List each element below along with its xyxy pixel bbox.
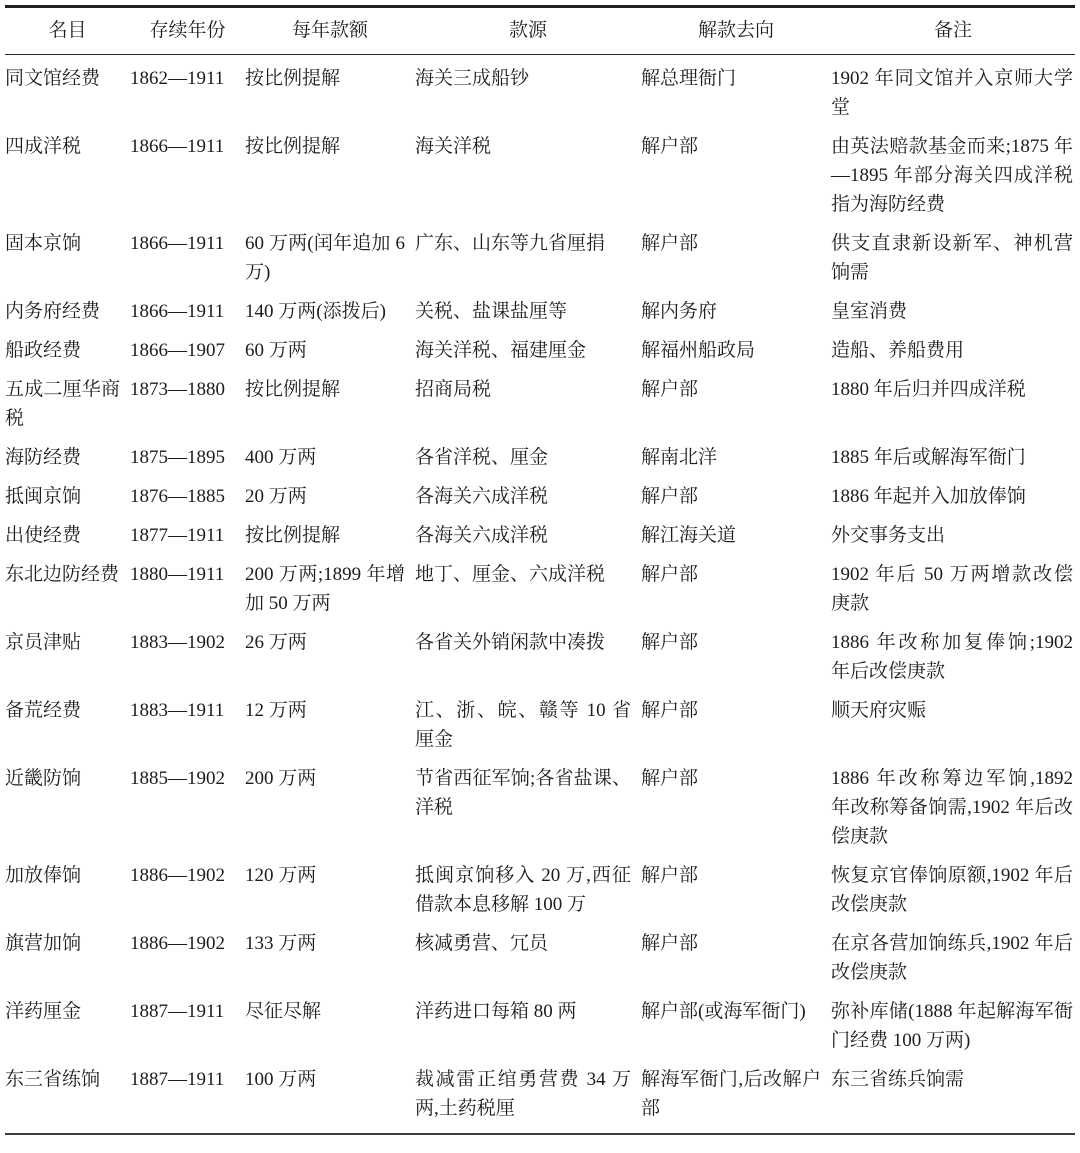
- cell-years: 1883—1911: [130, 696, 245, 764]
- cell-note: 1880 年后归并四成洋税: [831, 375, 1075, 443]
- cell-amount: 12 万两: [245, 696, 415, 764]
- cell-amount: 200 万两: [245, 764, 415, 861]
- cell-destination: 解户部: [641, 861, 831, 929]
- cell-name: 京员津贴: [5, 628, 130, 696]
- table-row: 四成洋税 1866—1911 按比例提解 海关洋税 解户部 由英法赔款基金而来;…: [5, 132, 1075, 229]
- cell-note: 供支直隶新设新军、神机营饷需: [831, 229, 1075, 297]
- table-row: 近畿防饷 1885—1902 200 万两 节省西征军饷;各省盐课、洋税 解户部…: [5, 764, 1075, 861]
- cell-amount: 按比例提解: [245, 375, 415, 443]
- column-header-source: 款源: [415, 7, 641, 55]
- document-page: 名目 存续年份 每年款额 款源 解款去向 备注 同文馆经费 1862—1911 …: [0, 0, 1080, 1153]
- cell-note: 1886 年改称加复俸饷;1902 年后改偿庚款: [831, 628, 1075, 696]
- cell-years: 1866—1911: [130, 229, 245, 297]
- cell-years: 1875—1895: [130, 443, 245, 482]
- table-row: 抵闽京饷 1876—1885 20 万两 各海关六成洋税 解户部 1886 年起…: [5, 482, 1075, 521]
- cell-destination: 解户部: [641, 929, 831, 997]
- cell-name: 内务府经费: [5, 297, 130, 336]
- cell-amount: 400 万两: [245, 443, 415, 482]
- cell-years: 1876—1885: [130, 482, 245, 521]
- cell-note: 在京各营加饷练兵,1902 年后改偿庚款: [831, 929, 1075, 997]
- cell-years: 1880—1911: [130, 560, 245, 628]
- cell-years: 1866—1911: [130, 297, 245, 336]
- cell-note: 1886 年起并入加放俸饷: [831, 482, 1075, 521]
- cell-years: 1873—1880: [130, 375, 245, 443]
- cell-name: 出使经费: [5, 521, 130, 560]
- cell-name: 东北边防经费: [5, 560, 130, 628]
- cell-name: 加放俸饷: [5, 861, 130, 929]
- table-row: 加放俸饷 1886—1902 120 万两 抵闽京饷移入 20 万,西征借款本息…: [5, 861, 1075, 929]
- cell-note: 顺天府灾赈: [831, 696, 1075, 764]
- table-row: 洋药厘金 1887—1911 尽征尽解 洋药进口每箱 80 两 解户部(或海军衙…: [5, 997, 1075, 1065]
- cell-destination: 解户部: [641, 375, 831, 443]
- cell-destination: 解户部: [641, 229, 831, 297]
- cell-name: 东三省练饷: [5, 1065, 130, 1134]
- cell-years: 1862—1911: [130, 55, 245, 133]
- cell-name: 旗营加饷: [5, 929, 130, 997]
- cell-source: 广东、山东等九省厘捐: [415, 229, 641, 297]
- table-row: 旗营加饷 1886—1902 133 万两 核减勇营、冗员 解户部 在京各营加饷…: [5, 929, 1075, 997]
- table-row: 固本京饷 1866—1911 60 万两(闰年追加 6 万) 广东、山东等九省厘…: [5, 229, 1075, 297]
- cell-destination: 解南北洋: [641, 443, 831, 482]
- table-row: 东三省练饷 1887—1911 100 万两 裁减雷正绾勇营费 34 万两,土药…: [5, 1065, 1075, 1134]
- cell-note: 1902 年后 50 万两增款改偿庚款: [831, 560, 1075, 628]
- cell-amount: 按比例提解: [245, 132, 415, 229]
- cell-destination: 解内务府: [641, 297, 831, 336]
- cell-years: 1886—1902: [130, 861, 245, 929]
- cell-amount: 按比例提解: [245, 521, 415, 560]
- cell-note: 1886 年改称筹边军饷,1892 年改称筹备饷需,1902 年后改偿庚款: [831, 764, 1075, 861]
- cell-years: 1886—1902: [130, 929, 245, 997]
- column-header-note: 备注: [831, 7, 1075, 55]
- cell-amount: 60 万两(闰年追加 6 万): [245, 229, 415, 297]
- cell-source: 招商局税: [415, 375, 641, 443]
- cell-source: 各海关六成洋税: [415, 482, 641, 521]
- cell-destination: 解福州船政局: [641, 336, 831, 375]
- cell-years: 1885—1902: [130, 764, 245, 861]
- cell-amount: 60 万两: [245, 336, 415, 375]
- cell-name: 备荒经费: [5, 696, 130, 764]
- table-row: 船政经费 1866—1907 60 万两 海关洋税、福建厘金 解福州船政局 造船…: [5, 336, 1075, 375]
- cell-source: 海关洋税、福建厘金: [415, 336, 641, 375]
- cell-amount: 120 万两: [245, 861, 415, 929]
- table-row: 海防经费 1875—1895 400 万两 各省洋税、厘金 解南北洋 1885 …: [5, 443, 1075, 482]
- cell-name: 五成二厘华商税: [5, 375, 130, 443]
- cell-years: 1883—1902: [130, 628, 245, 696]
- table-row: 备荒经费 1883—1911 12 万两 江、浙、皖、赣等 10 省厘金 解户部…: [5, 696, 1075, 764]
- cell-amount: 按比例提解: [245, 55, 415, 133]
- cell-source: 各省洋税、厘金: [415, 443, 641, 482]
- cell-source: 地丁、厘金、六成洋税: [415, 560, 641, 628]
- cell-amount: 133 万两: [245, 929, 415, 997]
- table-header-row: 名目 存续年份 每年款额 款源 解款去向 备注: [5, 7, 1075, 55]
- cell-destination: 解户部: [641, 764, 831, 861]
- column-header-destination: 解款去向: [641, 7, 831, 55]
- column-header-years: 存续年份: [130, 7, 245, 55]
- cell-note: 外交事务支出: [831, 521, 1075, 560]
- cell-amount: 20 万两: [245, 482, 415, 521]
- cell-note: 东三省练兵饷需: [831, 1065, 1075, 1134]
- cell-note: 1902 年同文馆并入京师大学堂: [831, 55, 1075, 133]
- cell-years: 1877—1911: [130, 521, 245, 560]
- column-header-amount: 每年款额: [245, 7, 415, 55]
- cell-destination: 解户部: [641, 560, 831, 628]
- cell-name: 船政经费: [5, 336, 130, 375]
- cell-source: 海关洋税: [415, 132, 641, 229]
- cell-note: 1885 年后或解海军衙门: [831, 443, 1075, 482]
- cell-years: 1866—1907: [130, 336, 245, 375]
- cell-amount: 200 万两;1899 年增加 50 万两: [245, 560, 415, 628]
- cell-name: 同文馆经费: [5, 55, 130, 133]
- cell-source: 关税、盐课盐厘等: [415, 297, 641, 336]
- table-row: 同文馆经费 1862—1911 按比例提解 海关三成船钞 解总理衙门 1902 …: [5, 55, 1075, 133]
- cell-name: 抵闽京饷: [5, 482, 130, 521]
- cell-note: 造船、养船费用: [831, 336, 1075, 375]
- cell-note: 弥补库储(1888 年起解海军衙门经费 100 万两): [831, 997, 1075, 1065]
- cell-source: 裁减雷正绾勇营费 34 万两,土药税厘: [415, 1065, 641, 1134]
- cell-name: 四成洋税: [5, 132, 130, 229]
- cell-destination: 解江海关道: [641, 521, 831, 560]
- table-row: 内务府经费 1866—1911 140 万两(添拨后) 关税、盐课盐厘等 解内务…: [5, 297, 1075, 336]
- cell-source: 节省西征军饷;各省盐课、洋税: [415, 764, 641, 861]
- cell-note: 恢复京官俸饷原额,1902 年后改偿庚款: [831, 861, 1075, 929]
- table-row: 出使经费 1877—1911 按比例提解 各海关六成洋税 解江海关道 外交事务支…: [5, 521, 1075, 560]
- table-row: 京员津贴 1883—1902 26 万两 各省关外销闲款中凑拨 解户部 1886…: [5, 628, 1075, 696]
- cell-source: 各海关六成洋税: [415, 521, 641, 560]
- cell-destination: 解海军衙门,后改解户部: [641, 1065, 831, 1134]
- table-row: 五成二厘华商税 1873—1880 按比例提解 招商局税 解户部 1880 年后…: [5, 375, 1075, 443]
- cell-amount: 140 万两(添拨后): [245, 297, 415, 336]
- cell-amount: 100 万两: [245, 1065, 415, 1134]
- table-row: 东北边防经费 1880—1911 200 万两;1899 年增加 50 万两 地…: [5, 560, 1075, 628]
- cell-source: 抵闽京饷移入 20 万,西征借款本息移解 100 万: [415, 861, 641, 929]
- cell-destination: 解户部: [641, 696, 831, 764]
- cell-source: 江、浙、皖、赣等 10 省厘金: [415, 696, 641, 764]
- cell-destination: 解户部(或海军衙门): [641, 997, 831, 1065]
- cell-note: 皇室消费: [831, 297, 1075, 336]
- cell-name: 海防经费: [5, 443, 130, 482]
- cell-destination: 解户部: [641, 628, 831, 696]
- column-header-name: 名目: [5, 7, 130, 55]
- cell-amount: 26 万两: [245, 628, 415, 696]
- cell-source: 核减勇营、冗员: [415, 929, 641, 997]
- cell-destination: 解总理衙门: [641, 55, 831, 133]
- cell-source: 各省关外销闲款中凑拨: [415, 628, 641, 696]
- cell-source: 洋药进口每箱 80 两: [415, 997, 641, 1065]
- cell-years: 1887—1911: [130, 1065, 245, 1134]
- cell-name: 近畿防饷: [5, 764, 130, 861]
- cell-name: 洋药厘金: [5, 997, 130, 1065]
- cell-years: 1887—1911: [130, 997, 245, 1065]
- qing-funds-table: 名目 存续年份 每年款额 款源 解款去向 备注 同文馆经费 1862—1911 …: [5, 5, 1075, 1135]
- cell-name: 固本京饷: [5, 229, 130, 297]
- cell-destination: 解户部: [641, 482, 831, 521]
- cell-source: 海关三成船钞: [415, 55, 641, 133]
- cell-destination: 解户部: [641, 132, 831, 229]
- cell-amount: 尽征尽解: [245, 997, 415, 1065]
- cell-note: 由英法赔款基金而来;1875 年—1895 年部分海关四成洋税指为海防经费: [831, 132, 1075, 229]
- cell-years: 1866—1911: [130, 132, 245, 229]
